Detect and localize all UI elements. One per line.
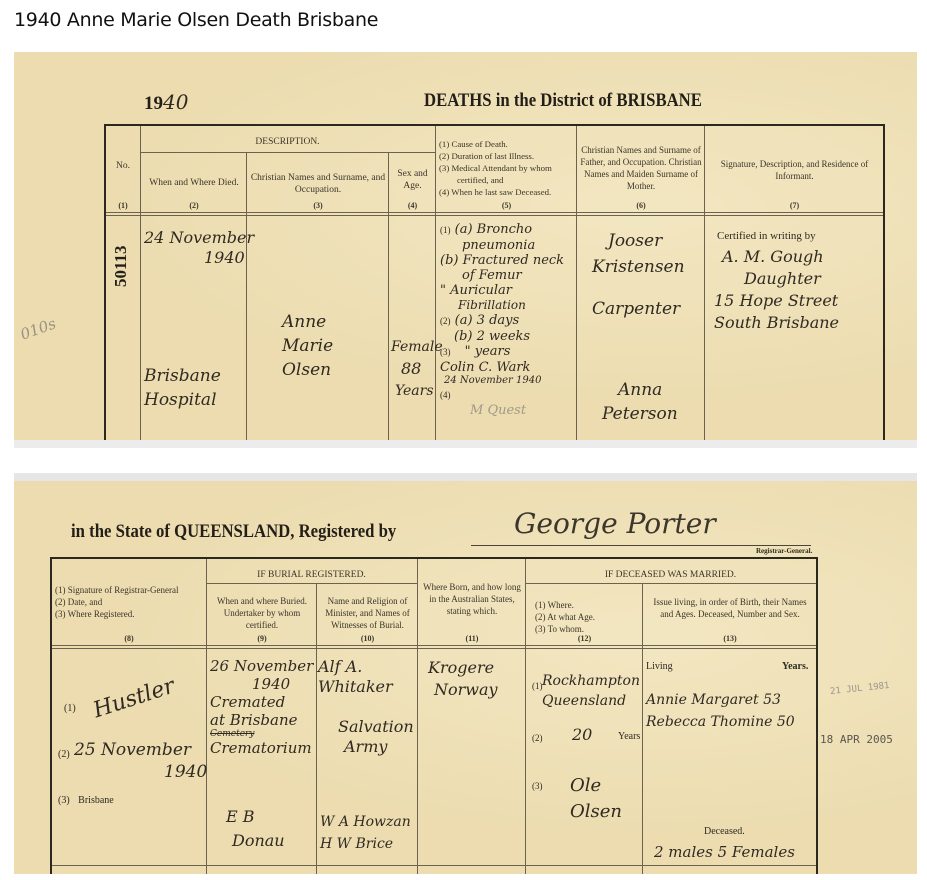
header-parents: Christian Names and Surname of Father, a… [578,144,704,192]
informant-details: A. M. Gough Daughter 15 Hope Street Sout… [714,246,839,334]
registration-date: 25 November 1940 [74,739,207,783]
table-top-border [104,124,884,126]
birthplace: Krogere Norway [428,657,498,701]
marriage-age: 20 [572,725,592,744]
deaths-register-page-left: 1940 DEATHS in the District of BRISBANE … [14,52,917,440]
minister-name-religion: Alf A. Whitaker Salvation Army [318,657,414,757]
informant-certified-label: Certified in writing by [717,230,816,242]
deaths-register-page-right: in the State of QUEENSLAND, Registered b… [14,473,917,874]
header-informant: Signature, Description, and Residence of… [706,158,883,182]
header-names-occupation: Christian Names and Surname, and Occupat… [248,172,388,196]
burial-details: 26 November 1940 Cremated at Brisbane Ce… [210,657,313,757]
mother-name: Anna Peterson [602,378,678,426]
issue-years-label: Years. [782,661,808,672]
archive-stamp-2005: 18 APR 2005 [820,733,893,746]
registration-number: 50113 [111,245,131,287]
marriage-place: Rockhampton Queensland [542,671,640,711]
year-field: 1940 [144,90,188,115]
date-of-death: 24 November 1940 [144,228,254,268]
header-minister-witnesses: Name and Religion of Minister, and Names… [318,595,417,631]
issue-deceased-label: Deceased. [704,826,745,837]
registration-place: (3) Brisbane [58,795,114,806]
archive-stamp-1981: 21 JUL 1981 [830,681,890,697]
margin-pencil-note: 010s [18,314,58,343]
header-if-deceased-was-married: IF DECEASED WAS MARRIED. [525,569,816,581]
header-where-born: Where Born, and how long in the Australi… [419,581,525,617]
registrar-general-signature: Hustler [90,674,178,724]
header-no: No. [106,160,140,172]
burial-witnesses: W A Howzan H W Brice [320,811,411,855]
document-caption: 1940 Anne Marie Olsen Death Brisbane [14,9,378,31]
father-name-occupation: Jooser Kristensen Carpenter [602,228,685,322]
header-sex-age: Sex and Age. [390,168,435,192]
header-registrar-signature-date-place: (1) Signature of Registrar-General (2) D… [55,584,205,620]
deceased-name: Anne Marie Olsen [282,310,333,382]
spouse-name: Ole Olsen [570,773,622,825]
header-marriage-details: (1) Where. (2) At what Age. (3) To whom. [535,599,640,635]
table-right-border [883,124,885,440]
state-registration-title: in the State of QUEENSLAND, Registered b… [71,521,396,543]
header-burial-undertaker: When and where Buried. Undertaker by who… [208,595,316,631]
sex-age-value: Female 88 Years [391,336,443,402]
header-issue: Issue living, in order of Birth, their N… [650,596,810,620]
page-separator [14,440,917,448]
header-cause-of-death: (1) Cause of Death. (2) Duration of last… [439,138,577,198]
issue-living-list: Annie Margaret 53 Rebecca Thomine 50 [646,689,795,733]
issue-living-label: Living [646,661,673,672]
cause-of-death-cell: (1) (a) Broncho pneumonia (b) Fractured … [440,222,576,418]
registrar-general-label: Registrar-General. [756,547,812,555]
issue-deceased-value: 2 males 5 Females [654,843,795,861]
header-if-burial-registered: IF BURIAL REGISTERED. [206,569,417,581]
register-title: DEATHS in the District of BRISBANE [424,90,702,112]
place-of-death: Brisbane Hospital [144,364,221,412]
header-when-where-died: When and Where Died. [142,177,246,189]
header-description: DESCRIPTION. [140,136,435,148]
undertaker: E B Donau [226,805,285,853]
registrar-signature: George Porter [514,507,716,540]
